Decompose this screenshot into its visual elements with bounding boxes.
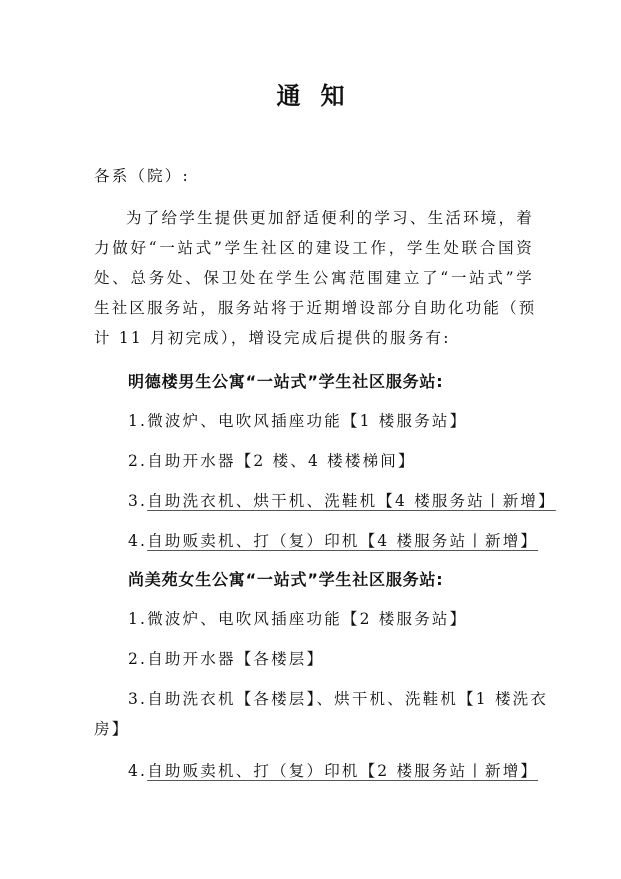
section-heading-shangmei: 尚美苑女生公寓“一站式”学生社区服务站: bbox=[128, 570, 568, 590]
item-number: 1. bbox=[128, 412, 147, 430]
item-number: 4. bbox=[128, 532, 147, 550]
item-number: 2. bbox=[128, 650, 147, 668]
item-text: 自助洗衣机【各楼层】、烘干机、洗鞋机【1 楼洗衣 bbox=[147, 690, 548, 708]
item-number: 2. bbox=[128, 452, 147, 470]
list-item: 3.自助洗衣机、烘干机、洗鞋机【4 楼服务站丨新增】 bbox=[128, 491, 568, 511]
list-item: 1.微波炉、电吹风插座功能【1 楼服务站】 bbox=[128, 411, 568, 431]
item-number: 4. bbox=[128, 762, 147, 780]
list-item: 4.自助贩卖机、打（复）印机【2 楼服务站丨新增】 bbox=[128, 761, 568, 781]
list-item: 1.微波炉、电吹风插座功能【2 楼服务站】 bbox=[128, 609, 568, 629]
item-number: 3. bbox=[128, 492, 147, 510]
intro-line-5: 计 11 月初完成），增设完成后提供的服务有: bbox=[94, 328, 534, 348]
page-title: 通知 bbox=[0, 76, 621, 111]
list-item: 4.自助贩卖机、打（复）印机【4 楼服务站丨新增】 bbox=[128, 531, 568, 551]
list-item-continuation: 房】 bbox=[94, 719, 534, 739]
item-text-new: 自助贩卖机、打（复）印机【2 楼服务站丨新增】 bbox=[147, 762, 538, 780]
item-text-new: 自助贩卖机、打（复）印机【4 楼服务站丨新增】 bbox=[147, 532, 538, 550]
intro-line-1: 为了给学生提供更加舒适便利的学习、生活环境，着 bbox=[126, 208, 534, 228]
list-item: 3.自助洗衣机【各楼层】、烘干机、洗鞋机【1 楼洗衣 bbox=[128, 689, 568, 709]
item-number: 1. bbox=[128, 610, 147, 628]
item-text: 微波炉、电吹风插座功能【1 楼服务站】 bbox=[147, 412, 467, 430]
salutation: 各系（院）: bbox=[94, 166, 534, 186]
list-item: 2.自助开水器【2 楼、4 楼楼梯间】 bbox=[128, 451, 568, 471]
item-text-new: 自助洗衣机、烘干机、洗鞋机【4 楼服务站丨新增】 bbox=[147, 492, 556, 510]
document-page: 通知 各系（院）: 为了给学生提供更加舒适便利的学习、生活环境，着 力做好“一站… bbox=[0, 0, 621, 879]
intro-line-4: 生社区服务站，服务站将于近期增设部分自助化功能（预 bbox=[94, 298, 534, 318]
item-text: 微波炉、电吹风插座功能【2 楼服务站】 bbox=[147, 610, 467, 628]
item-text: 自助开水器【各楼层】 bbox=[147, 650, 324, 668]
intro-line-3: 处、总务处、保卫处在学生公寓范围建立了“一站式”学 bbox=[94, 268, 534, 288]
section-heading-mingde: 明德楼男生公寓“一站式”学生社区服务站: bbox=[128, 372, 568, 392]
list-item: 2.自助开水器【各楼层】 bbox=[128, 649, 568, 669]
item-text: 自助开水器【2 楼、4 楼楼梯间】 bbox=[147, 452, 415, 470]
intro-line-2: 力做好“一站式”学生社区的建设工作，学生处联合国资 bbox=[94, 238, 534, 258]
item-number: 3. bbox=[128, 690, 147, 708]
